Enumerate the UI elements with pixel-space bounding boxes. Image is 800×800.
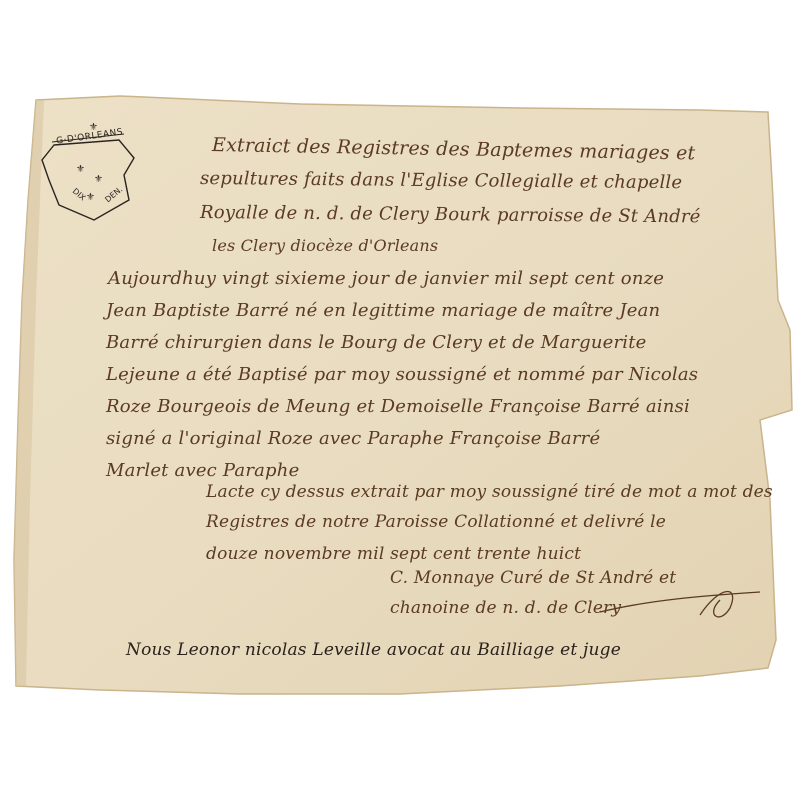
body-line: Marlet avec Paraphe (106, 460, 299, 481)
header-line: Royalle de n. d. de Clery Bourk parroiss… (200, 202, 701, 227)
header-line: les Clery diocèze d'Orleans (212, 236, 438, 255)
manuscript-page: ⚜ ⚜ ⚜ ⚜ G·D'ORLEANS DIX DEN. Extraict de… (0, 0, 800, 800)
svg-text:⚜: ⚜ (86, 192, 95, 203)
certification-line: Registres de notre Paroisse Collationné … (206, 512, 666, 532)
body-line: Aujourdhuy vingt sixieme jour de janvier… (108, 268, 664, 289)
header-line: sepultures faits dans l'Eglise Collegial… (200, 168, 682, 193)
body-line: signé a l'original Roze avec Paraphe Fra… (106, 428, 600, 449)
body-line: Jean Baptiste Barré né en legittime mari… (106, 300, 660, 321)
body-line: Barré chirurgien dans le Bourg de Clery … (106, 332, 647, 353)
certification-line: douze novembre mil sept cent trente huic… (206, 544, 581, 564)
svg-text:⚜: ⚜ (94, 174, 103, 185)
signature-line: C. Monnaye Curé de St André et (390, 568, 676, 588)
tax-stamp: ⚜ ⚜ ⚜ ⚜ G·D'ORLEANS DIX DEN. (34, 120, 149, 230)
signature-line: chanoine de n. d. de Clery (390, 598, 621, 618)
final-line: Nous Leonor nicolas Leveille avocat au B… (126, 640, 621, 660)
svg-text:⚜: ⚜ (76, 164, 85, 175)
body-line: Lejeune a été Baptisé par moy soussigné … (106, 364, 698, 385)
body-line: Roze Bourgeois de Meung et Demoiselle Fr… (106, 396, 690, 417)
certification-line: Lacte cy dessus extrait par moy soussign… (206, 482, 773, 502)
